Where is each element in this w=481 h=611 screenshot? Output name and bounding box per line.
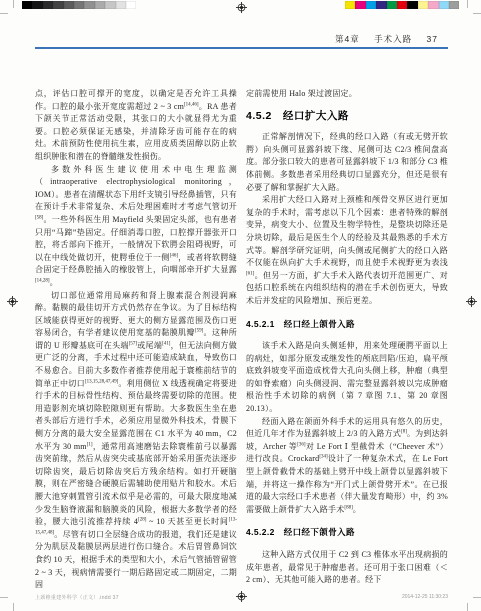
color-calibration-bar: [345, 1, 459, 9]
registration-mark-icon: [236, 2, 247, 13]
calibration-patch: [397, 1, 407, 9]
reference-superscript: [34]: [319, 455, 327, 460]
calibration-patch: [95, 1, 105, 9]
footer-filename: 上颈椎重建外科学（正文）.indd 37: [35, 594, 119, 601]
crop-mark: [473, 13, 481, 14]
calibration-patch: [407, 1, 417, 9]
reference-superscript: [61]: [246, 271, 254, 276]
calibration-patch: [428, 1, 438, 9]
calibration-patch: [43, 1, 53, 9]
column-left: 点，评估口腔可撑开的宽度，以确定是否允许工具操作。口腔的最小张开宽度需超过 2 …: [35, 88, 237, 592]
calibration-patch: [53, 1, 63, 9]
crop-mark: [473, 597, 481, 598]
calibration-patch: [355, 1, 365, 9]
reference-superscript: [13-15,47,48]: [35, 518, 237, 536]
crop-mark: [13, 603, 14, 611]
chapter-label: 第4章: [335, 34, 360, 44]
registration-mark-icon: [466, 296, 477, 307]
crop-mark: [467, 603, 468, 611]
paragraph: 该手术入路是向头侧延伸，用来处理硬腭平面以上的病灶，如部分原发或继发性的颅底凹陷…: [246, 340, 448, 416]
calibration-patch: [126, 1, 136, 9]
reference-superscript: [88]: [344, 505, 352, 510]
column-right: 定前需使用 Halo 架过渡固定。4.5.2 经口扩大入路正常解剖情况下，经典的…: [246, 88, 448, 592]
registration-mark-icon: [7, 296, 18, 307]
paragraph: 定前需使用 Halo 架过渡固定。: [246, 88, 448, 101]
header-rule: [35, 47, 448, 49]
text-columns: 点，评估口腔可撑开的宽度，以确定是否允许工具操作。口腔的最小张开宽度需超过 2 …: [35, 88, 448, 592]
running-header: 第4章 手术入路 37: [35, 33, 448, 45]
crop-mark: [0, 13, 8, 14]
reference-superscript: [59]: [195, 329, 203, 334]
calibration-patch: [439, 1, 449, 9]
reference-superscript: [14,46]: [184, 102, 199, 107]
chapter-title: 手术入路: [374, 34, 412, 44]
paragraph: 这种入路方式仅用于 C2 到 C3 椎体水平出现病损的成年患者，最常见于肿瘤患者…: [246, 549, 448, 587]
paragraph: 经面入路在颌面外科手术的运用具有悠久的历史，但近几年才作为显露斜坡上 2/3 的…: [246, 416, 448, 517]
calibration-patch: [116, 1, 126, 9]
calibration-patch: [32, 1, 42, 9]
crop-mark: [0, 597, 8, 598]
footer-timestamp: 2014-12-25 11:30:23: [402, 594, 448, 600]
reference-superscript: [46]: [170, 253, 178, 258]
reference-superscript: [28]: [138, 518, 146, 523]
crop-mark: [467, 0, 468, 8]
reference-superscript: [13,15,28,47,49]: [85, 379, 118, 384]
paragraph: 多数外科医生建议使用术中电生理监测（intraoperative electro…: [35, 164, 237, 290]
calibration-patch: [449, 1, 459, 9]
calibration-patch: [84, 1, 94, 9]
calibration-patch: [22, 1, 32, 9]
reference-superscript: [41]: [162, 341, 170, 346]
paragraph: 正常解剖情况下，经典的经口入路（有或无劈开软腭）向头侧可显露斜坡下缘、尾侧可达 …: [246, 131, 448, 194]
page-number: 37: [427, 34, 438, 44]
grayscale-calibration-bar: [22, 1, 136, 9]
registration-mark-icon: [236, 591, 247, 602]
reference-superscript: [1]: [87, 442, 93, 447]
reference-superscript: [8]: [401, 430, 407, 435]
section-heading: 4.5.2.2 经口经下颌骨入路: [246, 526, 448, 539]
calibration-patch: [376, 1, 386, 9]
section-heading: 4.5.2.1 经口经上颌骨入路: [246, 318, 448, 331]
reference-superscript: [14,28]: [35, 278, 50, 283]
paragraph: 切口部位通常用局麻药和肾上腺素混合剂浸润麻醉。黏膜的最佳切开方式仍然存在争议。为…: [35, 290, 237, 592]
calibration-patch: [74, 1, 84, 9]
paragraph: 点，评估口腔可撑开的宽度，以确定是否允许工具操作。口腔的最小张开宽度需超过 2 …: [35, 88, 237, 164]
calibration-patch: [105, 1, 115, 9]
reference-superscript: [36]: [297, 442, 305, 447]
section-heading: 4.5.2 经口扩大入路: [246, 110, 448, 123]
reference-superscript: [58]: [35, 215, 43, 220]
calibration-patch: [387, 1, 397, 9]
calibration-patch: [366, 1, 376, 9]
calibration-patch: [418, 1, 428, 9]
calibration-patch: [345, 1, 355, 9]
calibration-patch: [64, 1, 74, 9]
reference-superscript: [57]: [129, 341, 137, 346]
paragraph: 采用扩大经口入路对上颈椎和颅骨交界区进行更加复杂的手术时，需考虑以下几个因素：患…: [246, 194, 448, 307]
crop-mark: [13, 0, 14, 8]
